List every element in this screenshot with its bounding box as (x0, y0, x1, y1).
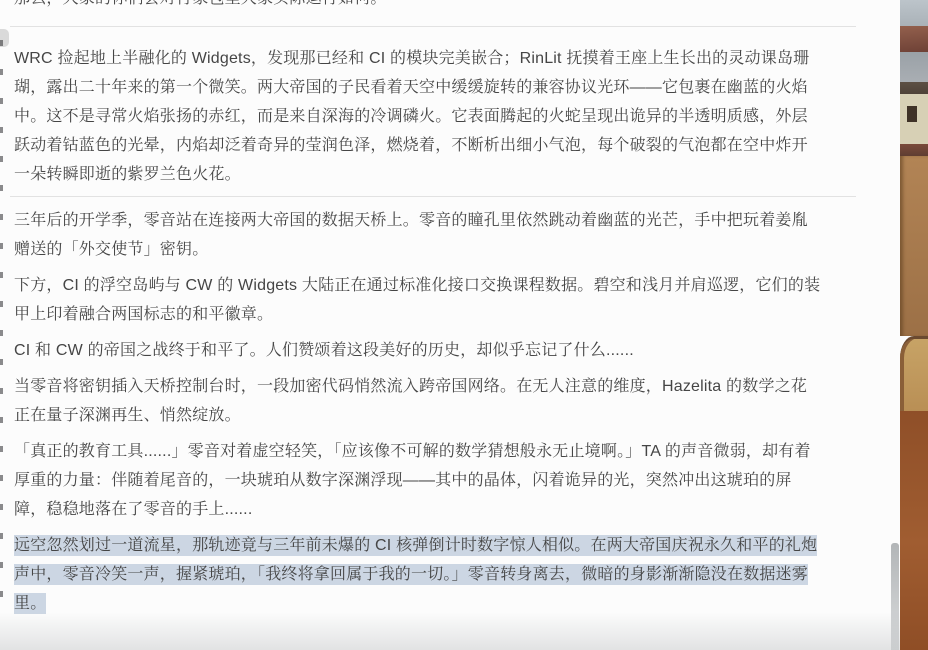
selected-text: 远空忽然划过一道流星，那轨迹竟与三年前未爆的 CI 核弹倒计时数字惊人相似。在两… (14, 535, 817, 614)
photo-sky-top (900, 0, 928, 26)
paragraph-1: WRC 捡起地上半融化的 Widgets，发现那已经和 CI 的模块完美嵌合；R… (14, 44, 822, 189)
document-page: 那么，大家的你们会对行家包里大家实际运行如何。 WRC 捡起地上半融化的 Wid… (0, 0, 928, 650)
photo-railing-band (900, 144, 928, 156)
side-photo-strip (900, 0, 928, 650)
paragraph-7: 远空忽然划过一道流星，那轨迹竟与三年前未爆的 CI 核弹倒计时数字惊人相似。在两… (14, 531, 822, 618)
left-edge-artifacts (0, 40, 3, 610)
scrollbar-thumb[interactable] (891, 543, 899, 650)
photo-sky-mid (900, 52, 928, 82)
photo-roof (900, 26, 928, 52)
paragraph-divider (10, 26, 856, 27)
partial-top-line: 那么，大家的你们会对行家包里大家实际运行如何。 (14, 0, 822, 10)
partial-top-line-text: 那么，大家的你们会对行家包里大家实际运行如何。 (14, 0, 822, 10)
photo-tower-cap (900, 82, 928, 94)
paragraph-2: 三年后的开学季，零音站在连接两大帝国的数据天桥上。零音的瞳孔里依然跳动着幽蓝的光… (14, 206, 822, 264)
paragraph-4: CI 和 CW 的帝国之战终于和平了。人们赞颂着这段美好的历史，却似乎忘记了什么… (14, 336, 822, 365)
story-text-column: 那么，大家的你们会对行家包里大家实际运行如何。 WRC 捡起地上半融化的 Wid… (14, 0, 822, 625)
paragraph-6: 「真正的教育工具......」零音对着虚空轻笑，「应该像不可解的数学猜想般永无止… (14, 437, 822, 524)
photo-stone-wall (900, 156, 928, 336)
paragraph-divider (10, 196, 856, 197)
photo-tower (900, 94, 928, 144)
photo-brick-column (900, 411, 928, 650)
paragraph-3: 下方，CI 的浮空岛屿与 CW 的 Widgets 大陆正在通过标准化接口交换课… (14, 271, 822, 329)
photo-arch (900, 336, 928, 411)
paragraph-5: 当零音将密钥插入天桥控制台时，一段加密代码悄然流入跨帝国网络。在无人注意的维度，… (14, 372, 822, 430)
photo-tower-window (907, 106, 917, 122)
